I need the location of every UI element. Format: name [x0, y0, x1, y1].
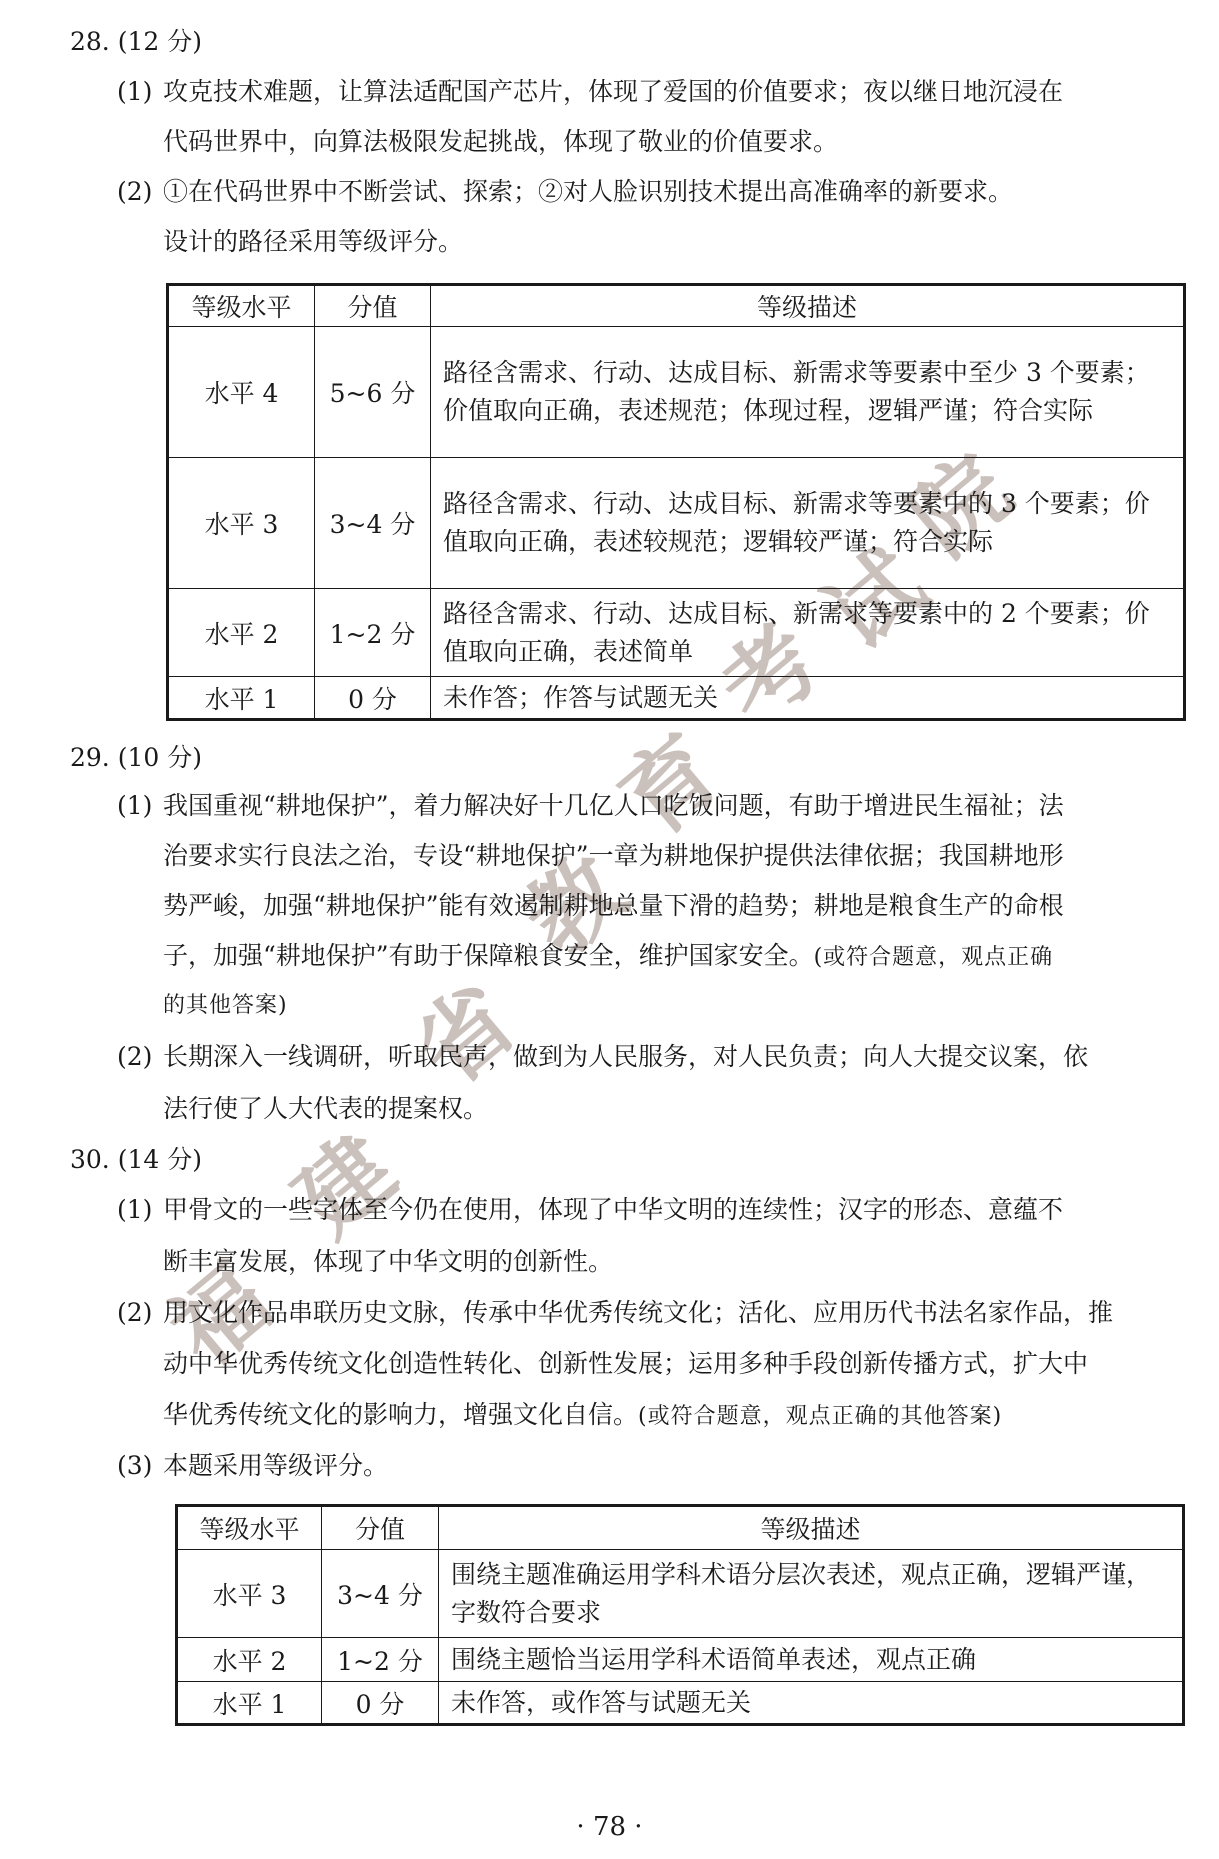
answer-text: 华优秀传统文化的影响力，增强文化自信。(或符合题意，观点正确的其他答案) [163, 1399, 1002, 1433]
table-header-row: 等级水平 分值 等级描述 [168, 285, 1185, 327]
part-label: (2) [117, 176, 152, 208]
answer-text: 本题采用等级评分。 [163, 1450, 388, 1482]
watermark-char: 育 [606, 721, 736, 851]
description-cell: 围绕主题恰当运用学科术语简单表述，观点正确 [439, 1638, 1184, 1682]
header-cell: 分值 [315, 285, 431, 327]
level-cell: 水平 3 [168, 458, 315, 589]
table-header-row: 等级水平 分值 等级描述 [177, 1506, 1184, 1550]
answer-text: 治要求实行良法之治，专设“耕地保护”一章为耕地保护提供法律依据；我国耕地形 [163, 840, 1064, 872]
score-cell: 1~2 分 [322, 1638, 439, 1682]
table-row: 水平 1 0 分 未作答；作答与试题无关 [168, 677, 1185, 720]
answer-text: 子，加强“耕地保护”有助于保障粮食安全，维护国家安全。(或符合题意，观点正确 [163, 940, 1053, 974]
header-cell: 等级描述 [439, 1506, 1184, 1550]
question-header: 28. (12 分) [70, 26, 202, 58]
answer-text: 攻克技术难题，让算法适配国产芯片，体现了爱国的价值要求；夜以继日地沉浸在 [163, 76, 1063, 108]
table-row: 水平 2 1~2 分 围绕主题恰当运用学科术语简单表述，观点正确 [177, 1638, 1184, 1682]
part-label: (1) [117, 76, 152, 108]
answer-text: 势严峻，加强“耕地保护”能有效遏制耕地总量下滑的趋势；耕地是粮食生产的命根 [163, 890, 1064, 922]
score-cell: 3~4 分 [315, 458, 431, 589]
description-cell: 围绕主题准确运用学科术语分层次表述，观点正确，逻辑严谨，字数符合要求 [439, 1550, 1184, 1638]
header-cell: 分值 [322, 1506, 439, 1550]
page-number: · 78 · [0, 1812, 1219, 1842]
part-label: (1) [117, 790, 152, 822]
table-row: 水平 3 3~4 分 围绕主题准确运用学科术语分层次表述，观点正确，逻辑严谨，字… [177, 1550, 1184, 1638]
description-cell: 未作答；作答与试题无关 [431, 677, 1185, 720]
description-cell: 路径含需求、行动、达成目标、新需求等要素中的 2 个要素；价值取向正确，表述简单 [431, 589, 1185, 677]
watermark-char: 省 [401, 971, 531, 1101]
grading-table: 等级水平 分值 等级描述 水平 3 3~4 分 围绕主题准确运用学科术语分层次表… [175, 1504, 1185, 1726]
answer-text: 长期深入一线调研，听取民声，做到为人民服务，对人民负责；向人大提交议案，依 [163, 1041, 1088, 1073]
answer-text: 甲骨文的一些字体至今仍在使用，体现了中华文明的连续性；汉字的形态、意蕴不 [163, 1194, 1063, 1226]
header-cell: 等级水平 [168, 285, 315, 327]
answer-text: ①在代码世界中不断尝试、探索；②对人脸识别技术提出高准确率的新要求。 [163, 176, 1013, 208]
answer-text: 我国重视“耕地保护”，着力解决好十几亿人口吃饭问题，有助于增进民生福祉；法 [163, 790, 1064, 822]
header-cell: 等级水平 [177, 1506, 322, 1550]
answer-text: 断丰富发展，体现了中华文明的创新性。 [163, 1246, 613, 1278]
question-header: 30. (14 分) [70, 1144, 202, 1176]
answer-text-part: 华优秀传统文化的影响力，增强文化自信。 [163, 1400, 638, 1429]
alternative-answer-note: (或符合题意，观点正确 [814, 945, 1054, 970]
level-cell: 水平 3 [177, 1550, 322, 1638]
score-cell: 1~2 分 [315, 589, 431, 677]
answer-text: 代码世界中，向算法极限发起挑战，体现了敬业的价值要求。 [163, 126, 838, 158]
part-label: (1) [117, 1194, 152, 1226]
watermark-char: 建 [281, 1121, 411, 1251]
level-cell: 水平 2 [177, 1638, 322, 1682]
table-row: 水平 3 3~4 分 路径含需求、行动、达成目标、新需求等要素中的 3 个要素；… [168, 458, 1185, 589]
level-cell: 水平 4 [168, 327, 315, 458]
level-cell: 水平 1 [168, 677, 315, 720]
part-label: (3) [117, 1450, 152, 1482]
table-row: 水平 4 5~6 分 路径含需求、行动、达成目标、新需求等要素中至少 3 个要素… [168, 327, 1185, 458]
part-label: (2) [117, 1041, 152, 1073]
grading-table: 等级水平 分值 等级描述 水平 4 5~6 分 路径含需求、行动、达成目标、新需… [166, 283, 1186, 721]
score-cell: 0 分 [322, 1682, 439, 1725]
description-cell: 未作答，或作答与试题无关 [439, 1682, 1184, 1725]
score-cell: 0 分 [315, 677, 431, 720]
table-row: 水平 1 0 分 未作答，或作答与试题无关 [177, 1682, 1184, 1725]
alternative-answer-note: (或符合题意，观点正确的其他答案) [638, 1404, 1002, 1429]
header-cell: 等级描述 [431, 285, 1185, 327]
question-header: 29. (10 分) [70, 742, 202, 774]
description-cell: 路径含需求、行动、达成目标、新需求等要素中至少 3 个要素；价值取向正确，表述规… [431, 327, 1185, 458]
answer-text: 用文化作品串联历史文脉，传承中华优秀传统文化；活化、应用历代书法名家作品，推 [163, 1297, 1113, 1329]
level-cell: 水平 1 [177, 1682, 322, 1725]
alternative-answer-note: 的其他答案) [163, 990, 288, 1022]
score-cell: 5~6 分 [315, 327, 431, 458]
answer-text: 动中华优秀传统文化创造性转化、创新性发展；运用多种手段创新传播方式，扩大中 [163, 1348, 1088, 1380]
answer-text: 设计的路径采用等级评分。 [163, 226, 463, 258]
score-cell: 3~4 分 [322, 1550, 439, 1638]
part-label: (2) [117, 1297, 152, 1329]
description-cell: 路径含需求、行动、达成目标、新需求等要素中的 3 个要素；价值取向正确，表述较规… [431, 458, 1185, 589]
answer-text: 法行使了人大代表的提案权。 [163, 1093, 488, 1125]
level-cell: 水平 2 [168, 589, 315, 677]
table-row: 水平 2 1~2 分 路径含需求、行动、达成目标、新需求等要素中的 2 个要素；… [168, 589, 1185, 677]
answer-text-part: 子，加强“耕地保护”有助于保障粮食安全，维护国家安全。 [163, 941, 814, 970]
